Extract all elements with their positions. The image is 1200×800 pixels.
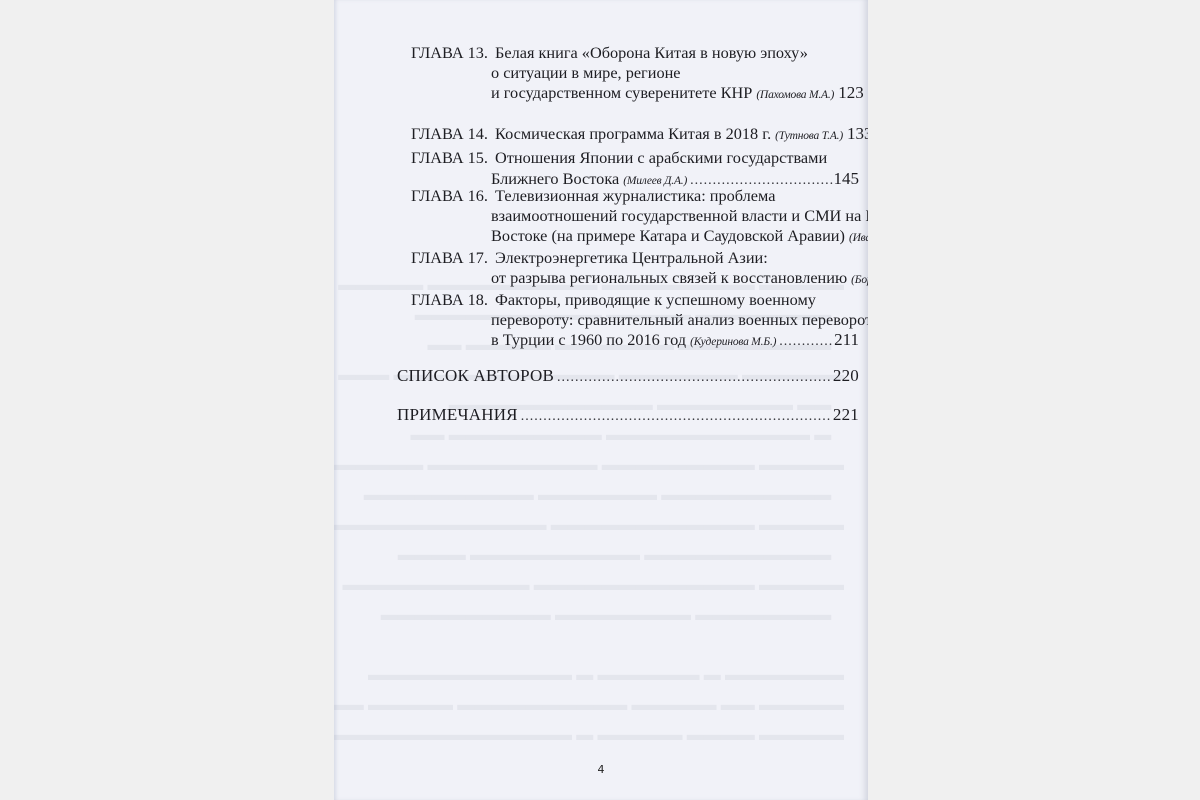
toc-entry-notes[interactable]: ПРИМЕЧАНИЯ 221 (397, 405, 859, 425)
section-page-number: 221 (833, 405, 859, 425)
book-page: ▬▬▬▬▬ ▬▬▬▬▬▬▬▬▬ ▬▬▬▬▬▬▬▬▬▬ ▬▬▬▬▬ ▬▬▬▬▬▬▬… (334, 0, 868, 800)
chapter-page-number: 133 (847, 124, 868, 144)
page-number: 4 (334, 763, 868, 776)
section-title: ПРИМЕЧАНИЯ (397, 405, 518, 425)
toc-entry-authors-list[interactable]: СПИСОК АВТОРОВ 220 (397, 366, 859, 386)
chapter-title-line: Факторы, приводящие к успешному военному (495, 290, 816, 310)
dot-leader (521, 409, 832, 425)
section-title: СПИСОК АВТОРОВ (397, 366, 554, 386)
chapter-label: ГЛАВА 17. (411, 248, 488, 268)
chapter-label: ГЛАВА 13. (411, 43, 488, 63)
chapter-label: ГЛАВА 16. (411, 186, 488, 206)
chapter-author: (Борисова Е.А.) (851, 270, 868, 290)
toc-entry-chapter-15[interactable]: ГЛАВА 15. Отношения Японии с арабскими г… (411, 148, 859, 191)
toc-entry-chapter-13[interactable]: ГЛАВА 13. Белая книга «Оборона Китая в н… (411, 43, 859, 105)
toc-entry-chapter-17[interactable]: ГЛАВА 17. Электроэнергетика Центральной … (411, 248, 859, 290)
chapter-author: (Тутнова Т.А.) (775, 126, 843, 146)
toc-entry-chapter-16[interactable]: ГЛАВА 16. Телевизионная журналистика: пр… (411, 186, 859, 248)
chapter-title-line: Космическая программа Китая в 2018 г. (495, 124, 771, 144)
chapter-label: ГЛАВА 14. (411, 124, 488, 144)
chapter-label: ГЛАВА 15. (411, 148, 488, 168)
chapter-title-line: Отношения Японии с арабскими государства… (495, 148, 827, 168)
chapter-title-line: Телевизионная журналистика: проблема (495, 186, 775, 206)
chapter-page-number: 211 (834, 330, 859, 350)
chapter-title-line: и государственном суверенитете КНР (491, 83, 752, 103)
chapter-label: ГЛАВА 18. (411, 290, 488, 310)
toc-entry-chapter-14[interactable]: ГЛАВА 14. Космическая программа Китая в … (411, 124, 859, 146)
dot-leader (557, 370, 832, 386)
chapter-title-line: Электроэнергетика Центральной Азии: (495, 248, 768, 268)
dot-leader (779, 332, 833, 352)
chapter-title-line: Востоке (на примере Катара и Саудовской … (491, 226, 845, 246)
chapter-author: (Кудеринова М.Б.) (690, 332, 776, 352)
chapter-title-line: в Турции с 1960 по 2016 год (491, 330, 686, 350)
chapter-title-line: о ситуации в мире, регионе (491, 63, 681, 83)
chapter-author: (Пахомова М.А.) (756, 85, 834, 105)
chapter-author: (Иванова А.А.) (849, 228, 868, 248)
chapter-title-line: от разрыва региональных связей к восстан… (491, 268, 847, 288)
section-page-number: 220 (833, 366, 859, 386)
chapter-title-line: перевороту: сравнительный анализ военных… (491, 310, 868, 330)
toc-entry-chapter-18[interactable]: ГЛАВА 18. Факторы, приводящие к успешном… (411, 290, 859, 352)
chapter-title-line: взаимоотношений государственной власти и… (491, 206, 868, 226)
chapter-title-line: Белая книга «Оборона Китая в новую эпоху… (495, 43, 808, 63)
chapter-page-number: 123 (838, 83, 864, 103)
